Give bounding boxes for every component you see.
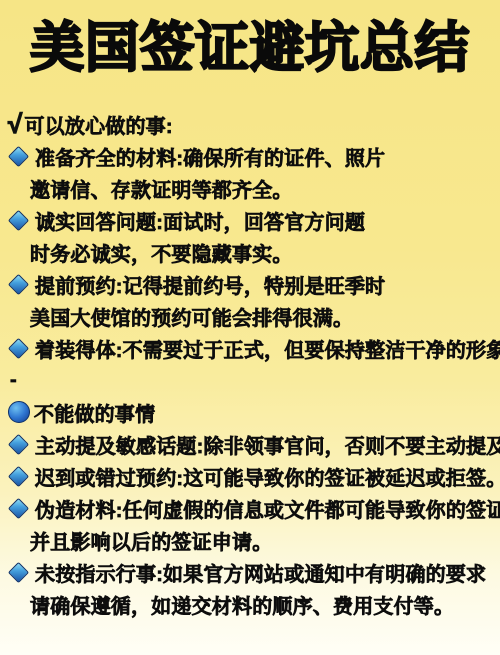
- list-item: 未按指示行事:如果官方网站或通知中有明确的要求: [8, 556, 496, 588]
- list-item-continuation: 邀请信、存款证明等都齐全。: [8, 172, 496, 204]
- list-item-text: 提前预约:记得提前约号，特别是旺季时: [35, 270, 385, 299]
- list-item-continuation: 请确保遵循，如递交材料的顺序、费用支付等。: [8, 588, 496, 620]
- diamond-bullet-icon: [8, 209, 29, 230]
- section-donts-heading: 不能做的事情: [8, 396, 496, 428]
- list-item-text: 邀请信、存款证明等都齐全。: [30, 174, 293, 203]
- list-item-text: 请确保遵循，如递交材料的顺序、费用支付等。: [30, 590, 454, 619]
- list-item-text: 伪造材料:任何虚假的信息或文件都可能导致你的签证被拒: [35, 494, 500, 523]
- diamond-bullet-icon: [8, 561, 29, 582]
- content-body: √ 可以放心做的事: 准备齐全的材料:确保所有的证件、照片 邀请信、存款证明等都…: [8, 108, 496, 620]
- diamond-bullet-icon: [8, 465, 29, 486]
- section-heading-label: 不能做的事情: [34, 398, 155, 427]
- list-item-text: 时务必诚实，不要隐藏事实。: [30, 238, 293, 267]
- circle-bullet-icon: [8, 401, 30, 423]
- separator-text: -: [10, 369, 17, 392]
- list-item: 伪造材料:任何虚假的信息或文件都可能导致你的签证被拒: [8, 492, 496, 524]
- diamond-bullet-icon: [8, 433, 29, 454]
- list-item-text: 主动提及敏感话题:除非领事官问，否则不要主动提及。: [35, 430, 500, 459]
- list-item-continuation: 时务必诚实，不要隐藏事实。: [8, 236, 496, 268]
- list-item-continuation: 美国大使馆的预约可能会排得很满。: [8, 300, 496, 332]
- page-title: 美国签证避坑总结: [0, 12, 500, 85]
- list-item-text: 并且影响以后的签证申请。: [30, 526, 272, 555]
- list-item-text: 迟到或错过预约:这可能导致你的签证被延迟或拒签。: [35, 462, 500, 491]
- list-item-text: 着装得体:不需要过于正式，但要保持整洁干净的形象。: [35, 334, 500, 363]
- list-item-continuation: 并且影响以后的签证申请。: [8, 524, 496, 556]
- list-item-text: 准备齐全的材料:确保所有的证件、照片: [35, 142, 385, 171]
- check-icon: √: [8, 111, 22, 137]
- list-item: 准备齐全的材料:确保所有的证件、照片: [8, 140, 496, 172]
- list-item: 主动提及敏感话题:除非领事官问，否则不要主动提及。: [8, 428, 496, 460]
- separator-dash: -: [8, 364, 496, 396]
- list-item-text: 诚实回答问题:面试时，回答官方问题: [35, 206, 365, 235]
- list-item: 诚实回答问题:面试时，回答官方问题: [8, 204, 496, 236]
- section-dos-heading: √ 可以放心做的事:: [8, 108, 496, 140]
- diamond-bullet-icon: [8, 497, 29, 518]
- list-item-text: 美国大使馆的预约可能会排得很满。: [30, 302, 353, 331]
- list-item: 提前预约:记得提前约号，特别是旺季时: [8, 268, 496, 300]
- list-item-text: 未按指示行事:如果官方网站或通知中有明确的要求: [35, 558, 486, 587]
- diamond-bullet-icon: [8, 145, 29, 166]
- list-item: 迟到或错过预约:这可能导致你的签证被延迟或拒签。: [8, 460, 496, 492]
- diamond-bullet-icon: [8, 337, 29, 358]
- section-heading-label: 可以放心做的事:: [24, 110, 172, 139]
- diamond-bullet-icon: [8, 273, 29, 294]
- list-item: 着装得体:不需要过于正式，但要保持整洁干净的形象。: [8, 332, 496, 364]
